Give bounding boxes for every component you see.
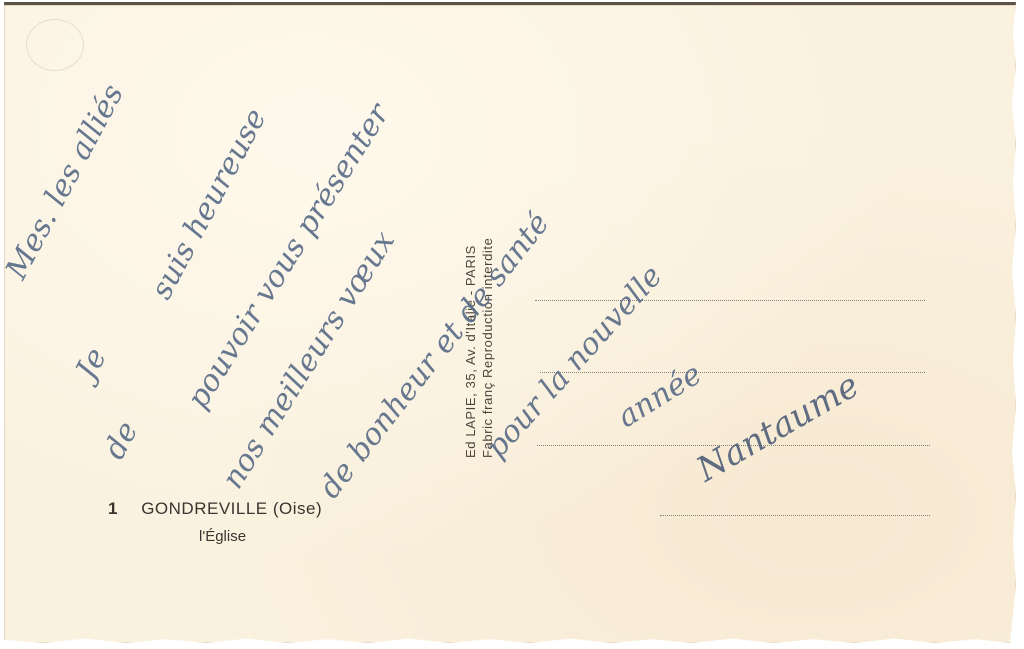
caption-number: 1	[108, 499, 118, 518]
caption-place: 1 GONDREVILLE (Oise)	[108, 499, 322, 519]
publisher-line-1: Ed LAPIE, 35, Av. d'Italie - PARIS	[462, 238, 479, 458]
postcard-back	[4, 2, 1016, 643]
publisher-imprint: Ed LAPIE, 35, Av. d'Italie - PARIS Fabri…	[462, 238, 496, 458]
address-line-3	[537, 445, 930, 446]
address-line-4	[660, 515, 930, 516]
caption-subject: l'Église	[199, 528, 246, 545]
caption-place-name: GONDREVILLE (Oise)	[141, 499, 322, 518]
stamp-outline-mark	[26, 19, 84, 71]
publisher-line-2: Fabric franç Reproduction interdite	[479, 238, 496, 458]
address-line-2	[540, 372, 925, 373]
address-line-1	[535, 300, 925, 301]
